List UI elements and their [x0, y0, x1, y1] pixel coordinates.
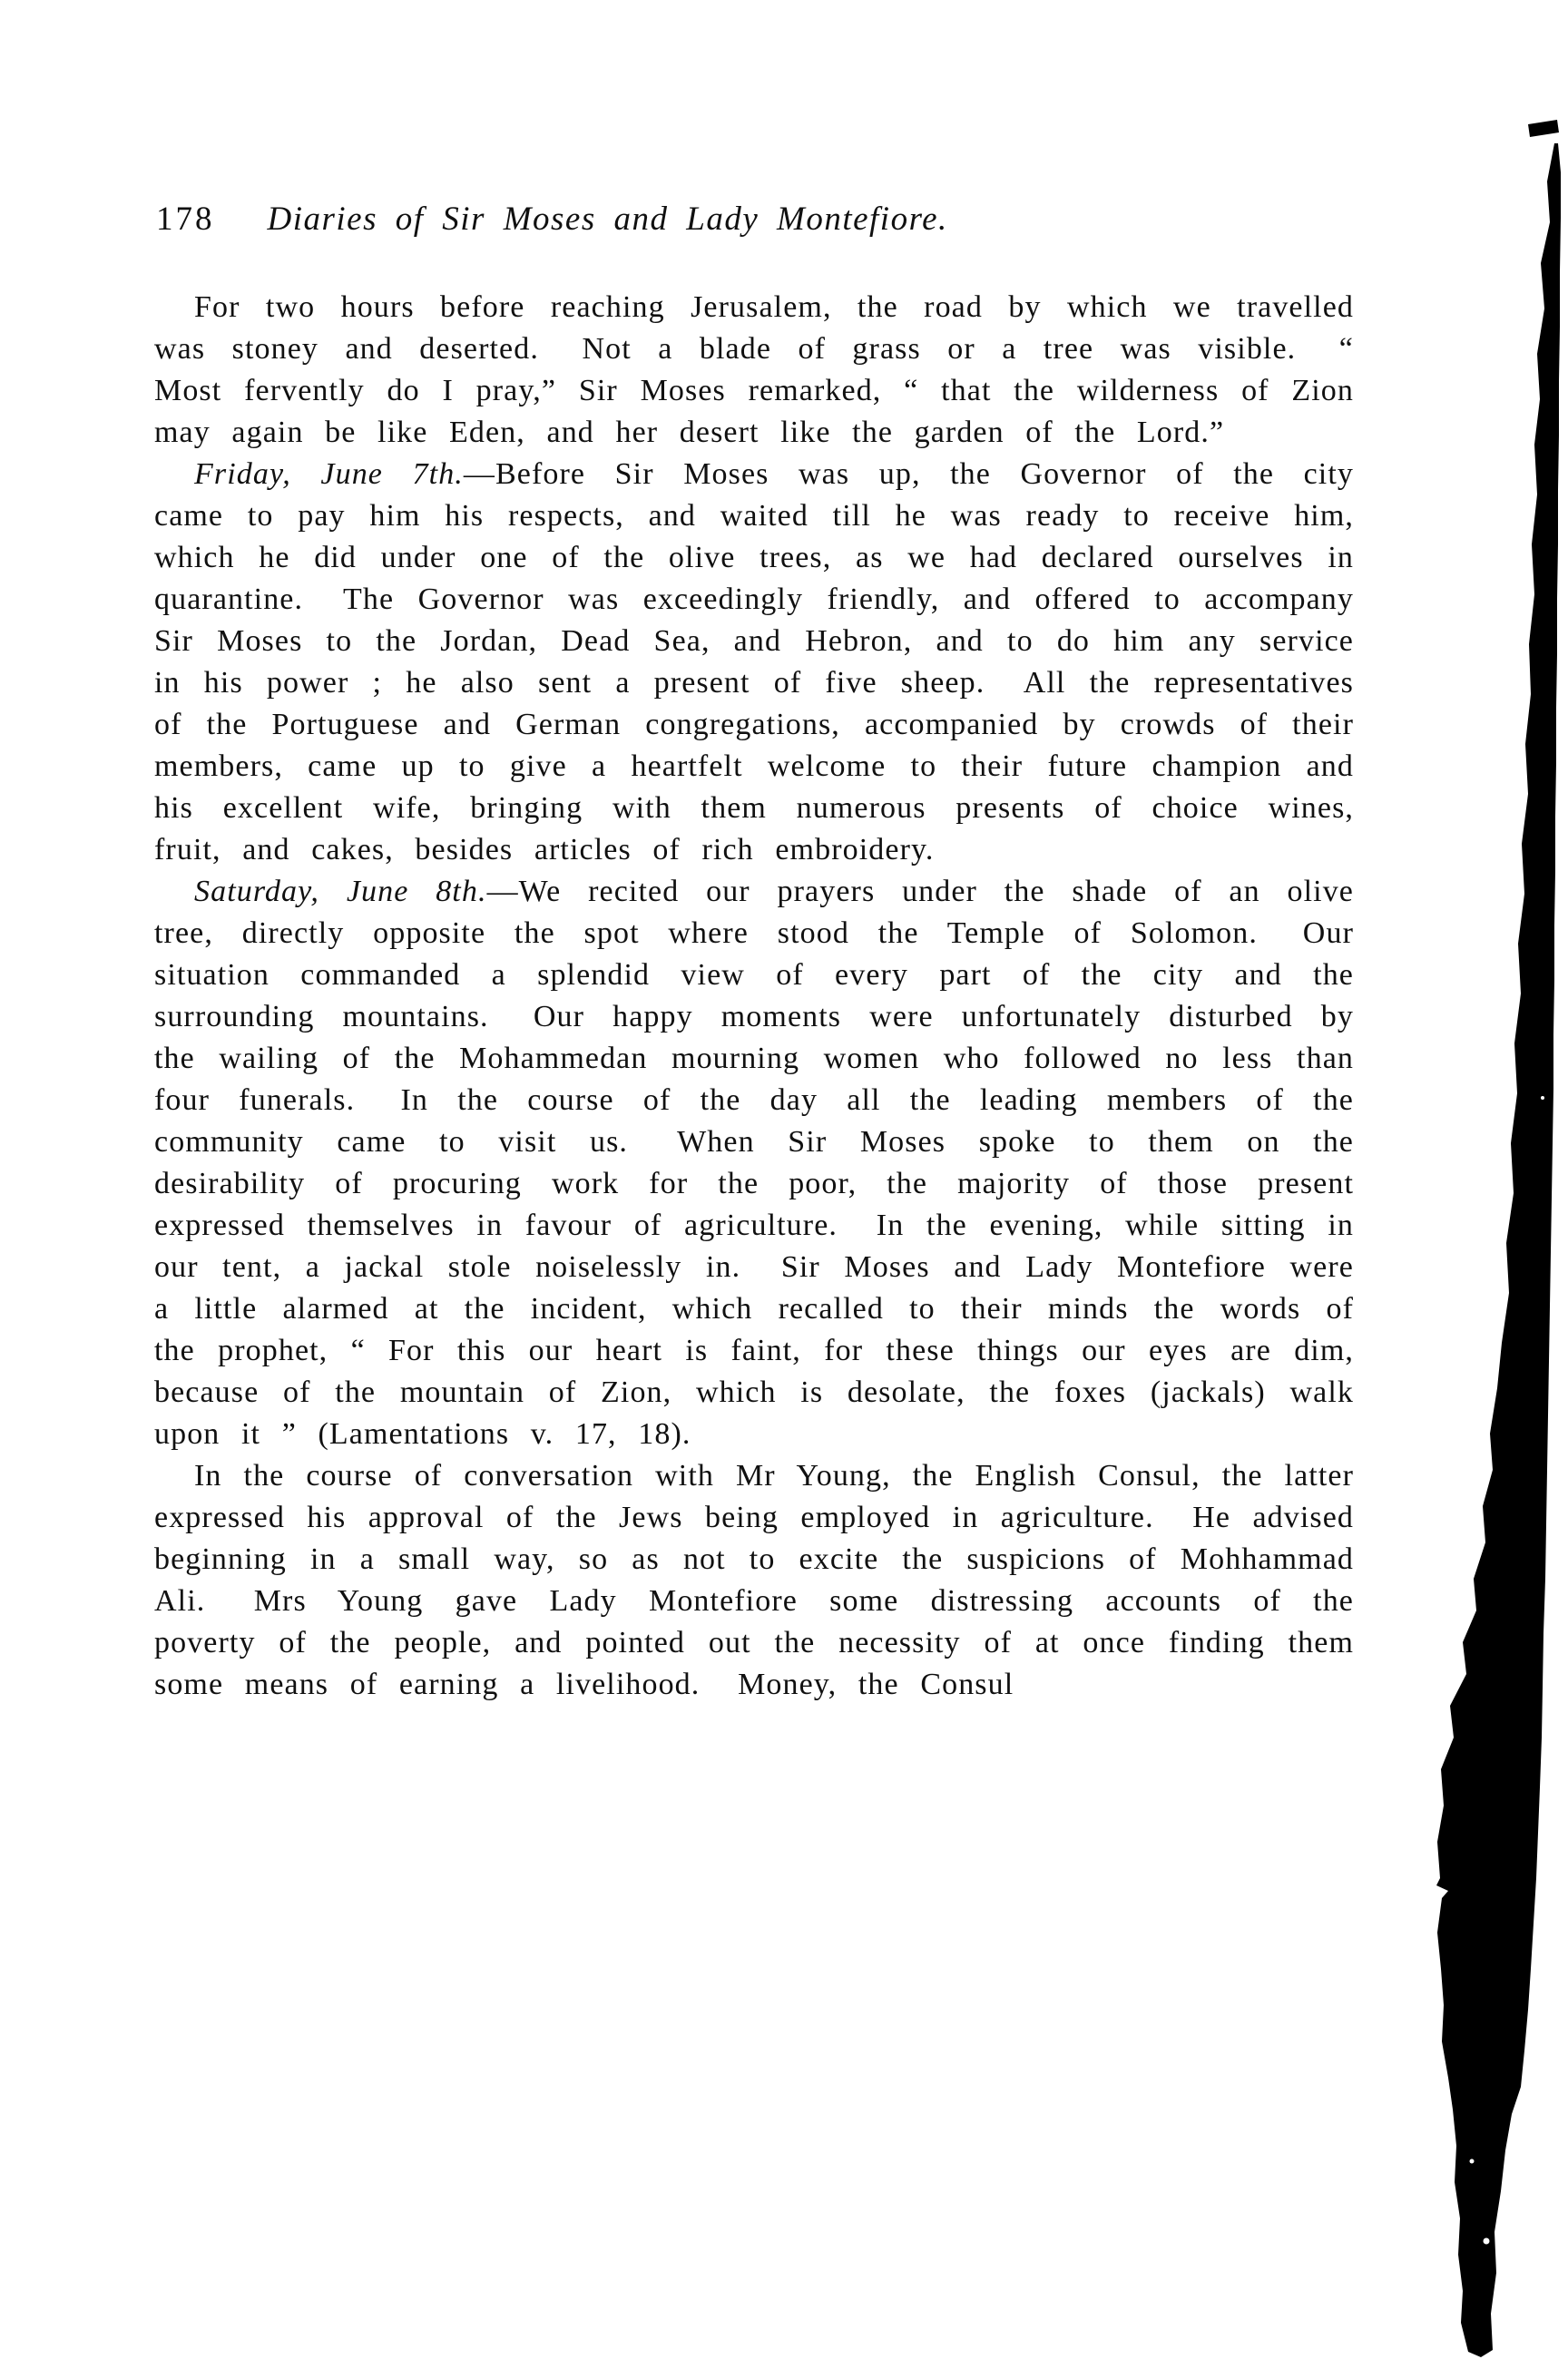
page-number: 178 [156, 200, 215, 240]
paragraph-4: In the course of conversation with Mr Yo… [154, 1455, 1354, 1706]
book-page-scan: 178 Diaries of Sir Moses and Lady Montef… [0, 0, 1568, 2369]
scan-artifact-right-strip [1436, 143, 1561, 2357]
paragraph-2: Friday, June 7th.—Before Sir Moses was u… [154, 454, 1354, 871]
page-body-text: For two hours before reaching Jerusalem,… [154, 287, 1354, 1706]
paragraph-2-text: —Before Sir Moses was up, the Governor o… [154, 457, 1354, 866]
scan-artifact-white-speck [1470, 2159, 1475, 2164]
paragraph-4-text: In the course of conversation with Mr Yo… [154, 1459, 1354, 1701]
paragraph-1-text: For two hours before reaching Jerusalem,… [154, 290, 1354, 449]
scan-artifact-white-speck [1541, 1096, 1544, 1100]
paragraph-3-text: —We recited our prayers under the shade … [154, 875, 1354, 1451]
running-title: Diaries of Sir Moses and Lady Montefiore… [268, 200, 948, 240]
paragraph-2-date-lead: Friday, June 7th. [194, 457, 464, 491]
paragraph-3: Saturday, June 8th.—We recited our praye… [154, 871, 1354, 1455]
paragraph-3-date-lead: Saturday, June 8th. [194, 875, 487, 908]
scan-artifact-white-speck [1484, 2238, 1490, 2245]
scan-artifact-top-dash [1528, 120, 1559, 137]
page-header: 178 Diaries of Sir Moses and Lady Montef… [156, 200, 1356, 240]
paragraph-1: For two hours before reaching Jerusalem,… [154, 287, 1354, 454]
